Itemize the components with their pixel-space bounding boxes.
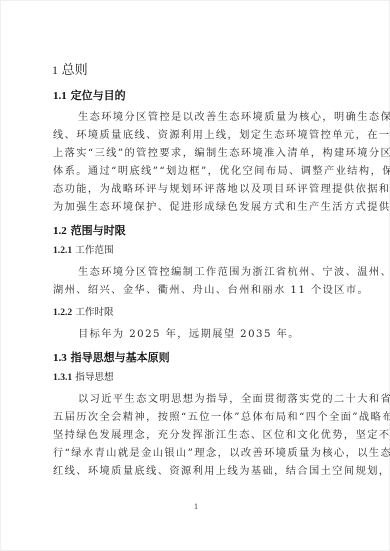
section-heading-1-2: 1.2 范围与时限 xyxy=(53,223,339,239)
subsection-title: 工作时限 xyxy=(75,307,113,318)
text-line: 湖州、绍兴、金华、衢州、舟山、台州和丽水 11 个设区市。 xyxy=(53,282,339,300)
document-page: 1 总则 1.1 定位与目的 生态环境分区管控是以改善生态环境质量为核心，明确生… xyxy=(0,0,390,551)
subsection-number: 1.2.2 xyxy=(53,307,72,318)
paragraph-work-scope: 生态环境分区管控编制工作范围为浙江省杭州、宁波、温州、嘉兴、 湖州、绍兴、金华、… xyxy=(53,264,339,300)
section-title: 范围与时限 xyxy=(71,224,126,237)
paragraph-work-timeframe: 目标年为 2025 年，远期展望 2035 年。 xyxy=(53,326,339,344)
section-heading-1-3: 1.3 指导思想与基本原则 xyxy=(53,350,339,366)
chapter-heading: 1 总则 xyxy=(52,61,339,79)
subsection-heading-1-2-1: 1.2.1 工作范围 xyxy=(53,244,339,258)
text-line: 目标年为 2025 年，远期展望 2035 年。 xyxy=(53,326,339,344)
text-line: 态功能，为战略环评与规划环评落地以及项目环评管理提供依据和支撑， xyxy=(53,181,339,199)
text-line: 坚持绿色发展理念，充分发挥浙江生态、区位和文化优势，坚定不移践 xyxy=(53,427,339,445)
text-line: 线、环境质量底线、资源利用上线，划定生态环境管控单元，在一张图 xyxy=(53,127,339,145)
section-number: 1.1 xyxy=(53,90,67,102)
section-title: 定位与目的 xyxy=(71,89,126,102)
text-line: 生态环境分区管控是以改善生态环境质量为核心，明确生态保护红 xyxy=(53,109,339,127)
text-line: 行“绿水青山就是金山银山”理念，以改善环境质量为核心，以生态保护 xyxy=(53,445,339,463)
section-number: 1.3 xyxy=(53,352,67,364)
subsection-heading-1-2-2: 1.2.2 工作时限 xyxy=(53,306,339,320)
text-line: 体系。通过“明底线”“划边框”，优化空间布局、调整产业结构，保障生 xyxy=(53,163,339,181)
page-number: 1 xyxy=(1,502,390,511)
section-title: 指导思想与基本原则 xyxy=(71,351,170,364)
paragraph-positioning-purpose: 生态环境分区管控是以改善生态环境质量为核心，明确生态保护红 线、环境质量底线、资… xyxy=(53,109,339,217)
chapter-title: 总则 xyxy=(62,62,88,77)
text-line: 五届历次全会精神，按照“五位一体”总体布局和“四个全面”战略布局， xyxy=(53,409,339,427)
subsection-title: 指导思想 xyxy=(75,372,113,383)
paragraph-guiding-ideology: 以习近平生态文明思想为指导，全面贯彻落实党的二十大和省委十 五届历次全会精神，按… xyxy=(53,391,339,481)
subsection-title: 工作范围 xyxy=(75,245,113,256)
text-line: 以习近平生态文明思想为指导，全面贯彻落实党的二十大和省委十 xyxy=(53,391,339,409)
text-line: 红线、环境质量底线、资源利用上线为基础，结合国土空间规划，将行 xyxy=(53,463,339,481)
page-content: 1 总则 1.1 定位与目的 生态环境分区管控是以改善生态环境质量为核心，明确生… xyxy=(53,61,339,487)
text-line: 上落实“三线”的管控要求，编制生态环境准入清单，构建环境分区管控 xyxy=(53,145,339,163)
subsection-heading-1-3-1: 1.3.1 指导思想 xyxy=(53,371,339,385)
subsection-number: 1.3.1 xyxy=(53,372,72,383)
section-heading-1-1: 1.1 定位与目的 xyxy=(53,88,339,104)
chapter-number: 1 xyxy=(52,63,58,77)
subsection-number: 1.2.1 xyxy=(53,245,72,256)
section-number: 1.2 xyxy=(53,225,67,237)
text-line: 为加强生态环境保护、促进形成绿色发展方式和生产生活方式提供抓手。 xyxy=(53,199,339,217)
text-line: 生态环境分区管控编制工作范围为浙江省杭州、宁波、温州、嘉兴、 xyxy=(53,264,339,282)
